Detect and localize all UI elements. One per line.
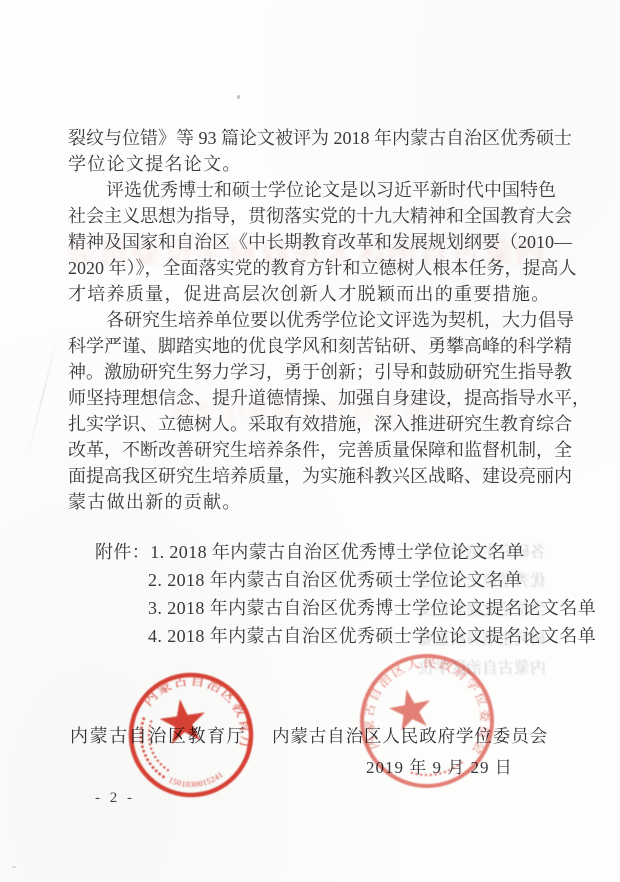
body-line: 改革，不断改善研究生培养条件，完善质量保障和监督机制，全: [68, 437, 548, 463]
body-line: 各研究生培养单位要以优秀学位论文评选为契机，大力倡导: [106, 307, 548, 333]
official-seal-education-dept: 内蒙古自治区教育厅 1501030015241: [119, 663, 264, 808]
seal-graphic: 内蒙古自治区教育厅 1501030015241: [119, 663, 264, 808]
body-line: 扎实学识、立德树人。采取有效措施，深入推进研究生教育综合: [68, 411, 548, 437]
attachment-item: 1. 2018 年内蒙古自治区优秀博士学位论文名单: [150, 542, 525, 562]
attachment-row: 附件：1. 2018 年内蒙古自治区优秀博士学位论文名单: [95, 539, 575, 565]
body-line: 社会主义思想为指导，贯彻落实党的十九大精神和全国教育大会: [68, 203, 548, 229]
body-line: 面提高我区研究生培养质量，为实施科教兴区战略、建设亮丽内: [68, 463, 548, 489]
attachment-row: 3. 2018 年内蒙古自治区优秀博士学位论文提名论文名单: [148, 595, 620, 621]
body-line: 精神及国家和自治区《中长期教育改革和发展规划纲要（2010—: [68, 229, 548, 255]
document-text-layer: 裂纹与位错》等 93 篇论文被评为 2018 年内蒙古自治区优秀硕士 学位论文提…: [0, 0, 620, 882]
attachment-row: 4. 2018 年内蒙古自治区优秀硕士学位论文提名论文名单: [148, 623, 620, 649]
body-line: 裂纹与位错》等 93 篇论文被评为 2018 年内蒙古自治区优秀硕士: [68, 125, 548, 151]
body-line: 神。激励研究生努力学习，勇于创新；引导和鼓励研究生指导教: [68, 359, 548, 385]
official-seal-degree-committee: 内蒙古自治区人民政府学位委员会: [343, 637, 512, 806]
body-line: 评选优秀博士和硕士学位论文是以习近平新时代中国特色: [106, 177, 548, 203]
body-line: 2020 年）》，全面落实党的教育方针和立德树人根本任务，提高人: [68, 255, 548, 281]
body-line: 才培养质量，促进高层次创新人才脱颖而出的重要措施。: [68, 281, 548, 307]
scanned-document-page: 内蒙古自治区人民政府学位委员会 内蒙古自治区教育厅文件 各研究生培养单位 优秀学…: [0, 0, 620, 882]
attachment-row: 2. 2018 年内蒙古自治区优秀硕士学位论文名单: [148, 567, 620, 593]
body-line: 科学严谨、脚踏实地的优良学风和刻苦钻研、勇攀高峰的科学精: [68, 333, 548, 359]
body-line: 学位论文提名论文。: [68, 151, 548, 177]
page-number: - 2 -: [95, 790, 135, 807]
attachments-label: 附件：: [95, 542, 150, 562]
mongolian-script-arc: [409, 762, 463, 779]
body-line: 蒙古做出新的贡献。: [68, 489, 548, 515]
star-icon: [386, 685, 435, 732]
seal-graphic: 内蒙古自治区人民政府学位委员会: [343, 637, 512, 806]
body-line: 师坚持理想信念、提升道德情操、加强自身建设，提高指导水平，: [68, 385, 548, 411]
star-icon: [157, 696, 208, 745]
